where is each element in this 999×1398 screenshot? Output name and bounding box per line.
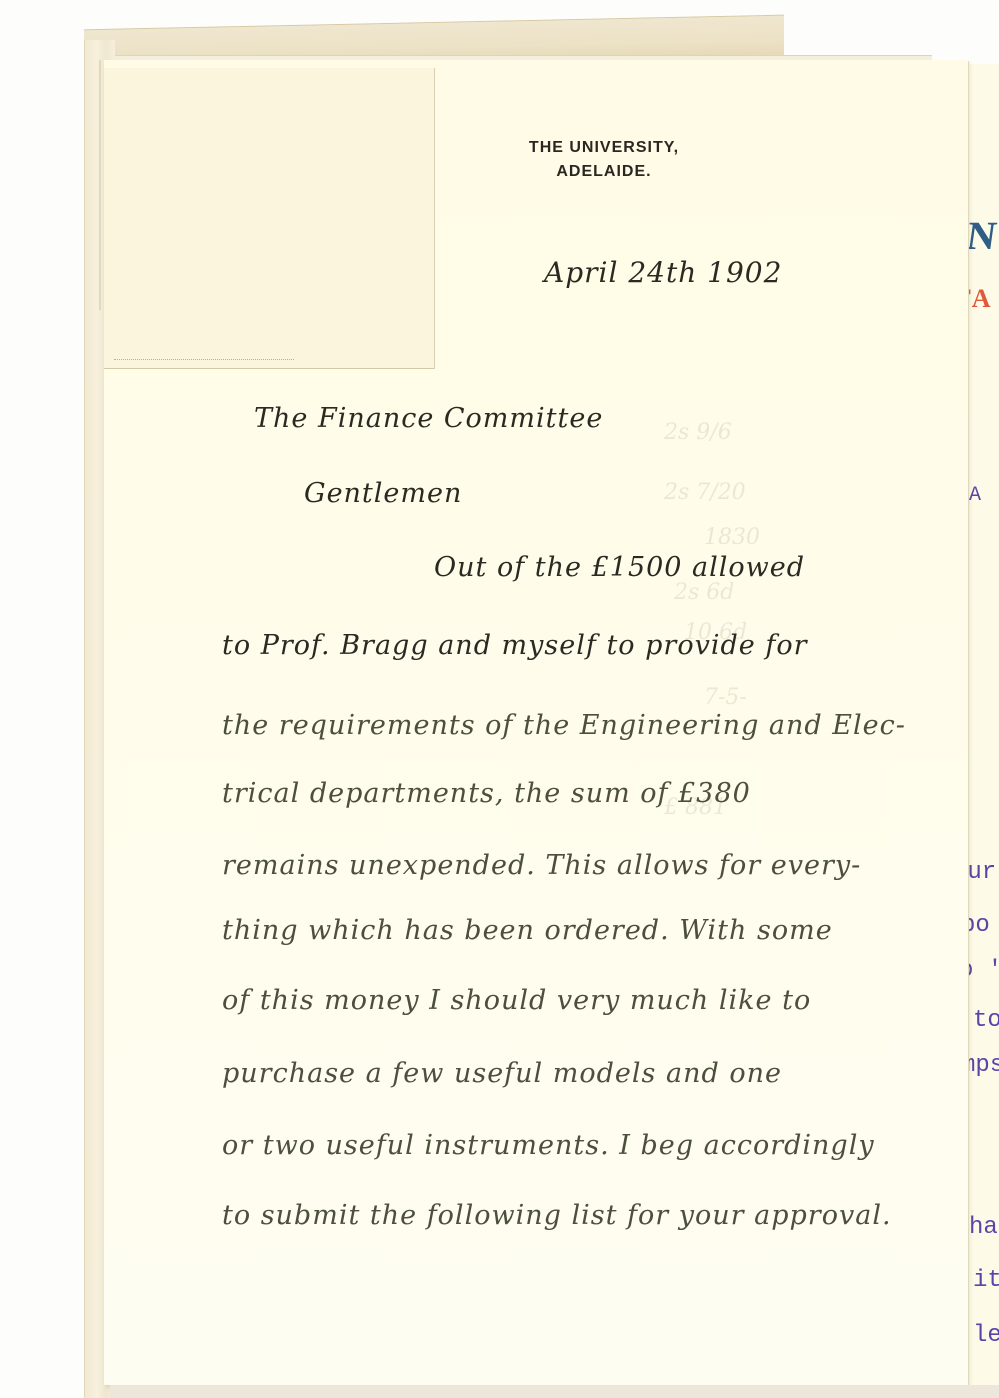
letter-body-line: to submit the following list for your ap… (222, 1200, 892, 1231)
letter-date: April 24th 1902 (544, 256, 782, 289)
letter-behind-line: le (973, 1322, 999, 1349)
letterhead: THE UNIVERSITY, ADELAIDE. (484, 136, 724, 184)
bleed-through-text: 2s 7/20 (664, 480, 746, 505)
bleed-through-text: 1830 (704, 525, 760, 550)
letter-body-line: trical departments, the sum of £380 (222, 778, 751, 809)
letter-behind-line: ha (969, 1214, 998, 1241)
letter-body-line: to Prof. Bragg and myself to provide for (222, 630, 807, 661)
bleed-through-text: 2s 9/6 (664, 420, 732, 445)
letter-body-line: thing which has been ordered. With some (222, 915, 833, 946)
underlying-sheet-bottom (110, 1385, 999, 1398)
letterhead-line-2: ADELAIDE. (484, 160, 724, 184)
folded-card (104, 68, 435, 369)
letter-body-line: remains unexpended. This allows for ever… (222, 850, 861, 881)
letter-body-line: Out of the £1500 allowed (434, 552, 805, 583)
letter-body-line: of this money I should very much like to (222, 985, 811, 1016)
letterhead-line-1: THE UNIVERSITY, (484, 136, 724, 160)
letter-salutation: Gentlemen (304, 478, 462, 509)
letter-addressee: The Finance Committee (254, 403, 603, 434)
pencil-smudge (114, 353, 294, 360)
letter-body-line: purchase a few useful models and one (222, 1058, 782, 1089)
bleed-through-text: 2s 6d (674, 580, 734, 605)
letter-behind-line: it (973, 1267, 999, 1294)
letter-behind-line: to (973, 1007, 999, 1034)
bleed-through-text: 7-5- (704, 685, 747, 710)
letter-body-line: the requirements of the Engineering and … (222, 710, 906, 741)
letter-body-line: or two useful instruments. I beg accordi… (222, 1130, 875, 1161)
